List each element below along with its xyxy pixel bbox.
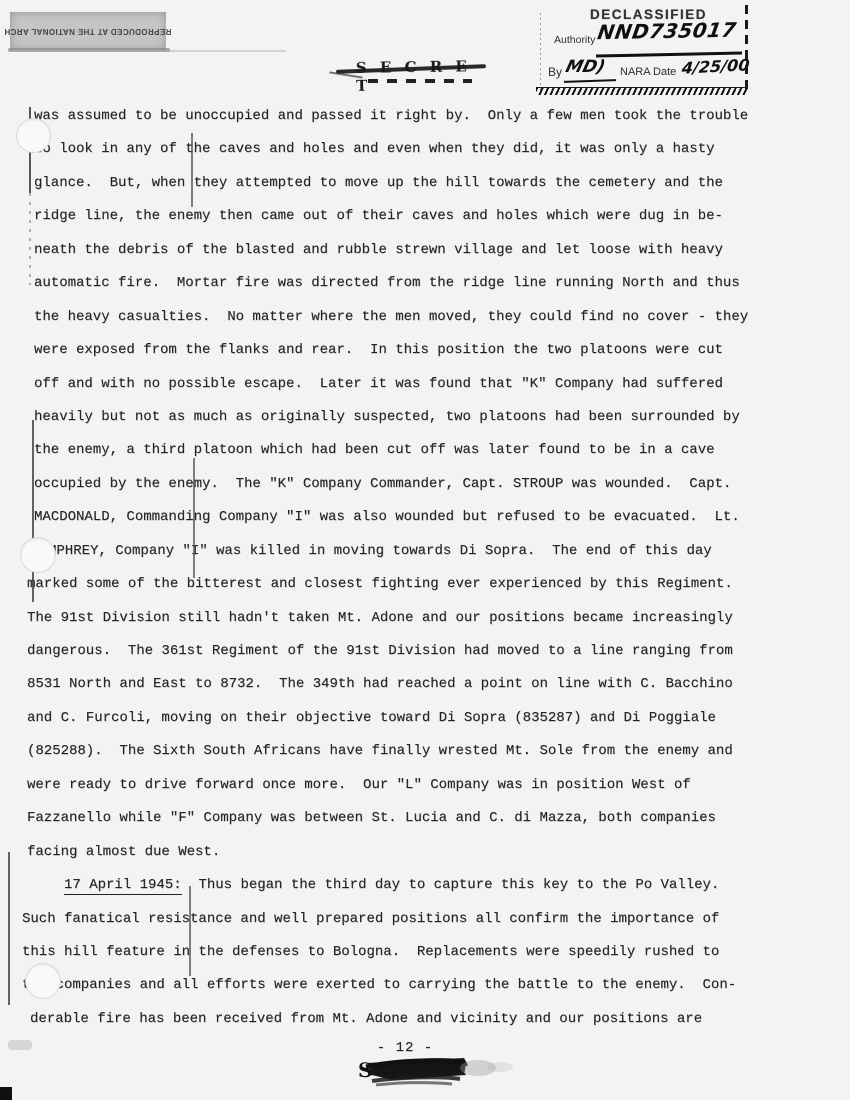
reproduced-stamp-text: REPRODUCED AT THE NATIONAL ARCH xyxy=(4,27,171,36)
corner-mark xyxy=(0,1087,12,1100)
smudge-mark xyxy=(8,1040,32,1050)
scan-line xyxy=(8,852,10,1005)
text-line: the enemy, a third platoon which had bee… xyxy=(34,434,850,467)
hole-punch xyxy=(25,963,61,999)
scribble-visible-letter: S xyxy=(358,1058,372,1082)
scan-smudge-line-faint xyxy=(168,50,286,52)
text-line: this hill feature in the defenses to Bol… xyxy=(22,936,850,969)
stamp-border-right xyxy=(745,5,748,91)
reproduced-at-archives-stamp: REPRODUCED AT THE NATIONAL ARCH xyxy=(10,12,166,50)
text-line: to look in any of the caves and holes an… xyxy=(34,133,850,166)
text-line: dangerous. The 361st Regiment of the 91s… xyxy=(27,635,850,668)
text-line: automatic fire. Mortar fire was directed… xyxy=(34,267,850,300)
authority-value-handwritten: NND735017 xyxy=(596,18,738,44)
text-line: 8531 North and East to 8732. The 349th h… xyxy=(27,668,850,701)
secret-classification-top: S E C R E T xyxy=(356,58,486,88)
text-line: facing almost due West. xyxy=(27,836,850,869)
text-line: were exposed from the flanks and rear. I… xyxy=(34,334,850,367)
scan-line xyxy=(193,458,195,578)
by-underline xyxy=(564,79,616,83)
text-line: Fazzanello while "F" Company was between… xyxy=(27,802,850,835)
text-line: 17 April 1945: Thus began the third day … xyxy=(22,869,850,902)
text-line: Such fanatical resistance and well prepa… xyxy=(22,903,850,936)
text-line: and C. Furcoli, moving on their objectiv… xyxy=(27,702,850,735)
stamp-border-left xyxy=(540,13,541,91)
secret-text: S E C R E T xyxy=(356,57,486,95)
scan-line xyxy=(189,886,191,976)
scan-line xyxy=(32,420,34,602)
text-line: neath the debris of the blasted and rubb… xyxy=(34,234,850,267)
text-line: ridge line, the enemy then came out of t… xyxy=(34,200,850,233)
underlined-date-heading: 17 April 1945: xyxy=(64,877,182,895)
stamp-border-bottom xyxy=(536,87,748,95)
text-line: marked some of the bitterest and closest… xyxy=(27,568,850,601)
nara-date-label: NARA Date xyxy=(620,66,676,78)
scan-smudge-line xyxy=(8,48,170,52)
text-line: (825288). The Sixth South Africans have … xyxy=(27,735,850,768)
text-line: MACDONALD, Commanding Company "I" was al… xyxy=(34,501,850,534)
text-line: glance. But, when they attempted to move… xyxy=(34,167,850,200)
text-line: heavily but not as much as originally su… xyxy=(34,401,850,434)
declassified-stamp: DECLASSIFIED Authority NND735017 By MD) … xyxy=(540,3,748,93)
scanned-document-page: REPRODUCED AT THE NATIONAL ARCH DECLASSI… xyxy=(0,0,850,1100)
text-line: were ready to drive forward once more. O… xyxy=(27,769,850,802)
text-line: occupied by the enemy. The "K" Company C… xyxy=(34,468,850,501)
by-initials-handwritten: MD) xyxy=(564,57,608,77)
hole-punch xyxy=(16,118,51,153)
text-line: The 91st Division still hadn't taken Mt.… xyxy=(27,602,850,635)
dash-underline xyxy=(368,79,472,83)
text-line: off and with no possible escape. Later i… xyxy=(34,368,850,401)
text-line: the heavy casualties. No matter where th… xyxy=(34,301,850,334)
authority-label: Authority xyxy=(554,34,595,46)
by-label: By xyxy=(548,65,562,79)
date-value-handwritten: 4/25/00 xyxy=(681,55,750,77)
scan-line xyxy=(191,133,193,207)
scan-line-faint xyxy=(29,193,31,285)
text-line: derable fire has been received from Mt. … xyxy=(30,1003,850,1036)
text-line: MPHREY, Company "I" was killed in moving… xyxy=(48,535,850,568)
text-line: the companies and all efforts were exert… xyxy=(22,969,850,1002)
hole-punch xyxy=(20,537,56,573)
text-line: was assumed to be unoccupied and passed … xyxy=(34,100,850,133)
document-body: was assumed to be unoccupied and passed … xyxy=(0,100,850,1036)
secret-classification-bottom-scribble: S xyxy=(352,1053,532,1091)
